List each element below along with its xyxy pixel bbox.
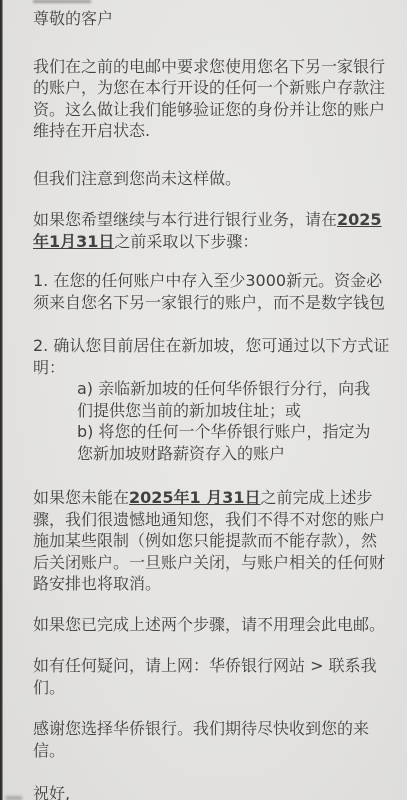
- para-ignore-if-done: 如果您已完成上述两个步骤，请不用理会此电邮。: [33, 614, 391, 636]
- para-not-done: 但我们注意到您尚未这样做。: [33, 168, 391, 190]
- step-2-options: a) 亲临新加坡的任何华侨银行分行，向我们提供您当前的新加坡住址；或 b) 将您…: [77, 378, 373, 464]
- signoff: 祝好,: [33, 783, 391, 800]
- cropped-text-artifact-bottom: [6, 796, 22, 800]
- greeting: 尊敬的客户: [33, 8, 391, 30]
- letter-body: 尊敬的客户 我们在之前的电邮中要求您使用您名下另一家银行的账户，为您在本行开设的…: [33, 8, 391, 800]
- left-edge-shadow: [0, 0, 3, 800]
- deadline-text-after: 之前采取以下步骤：: [114, 232, 258, 251]
- step-1-deposit: 1. 在您的任何账户中存入至少3000新元。资金必须来自您名下另一家银行的账户，…: [33, 270, 391, 313]
- step-2-option-a: a) 亲临新加坡的任何华侨银行分行，向我们提供您当前的新加坡住址；或: [77, 378, 373, 421]
- letter-photo: 尊敬的客户 我们在之前的电邮中要求您使用您名下另一家银行的账户，为您在本行开设的…: [0, 0, 407, 800]
- step-2-residence: 2. 确认您目前居住在新加坡，您可通过以下方式证明：: [33, 335, 391, 378]
- consequence-date: 2025年1 月31日: [129, 488, 261, 507]
- deadline-text-before: 如果您希望继续与本行进行银行业务，请在: [33, 210, 337, 229]
- para-thanks: 感谢您选择华侨银行。我们期待尽快收到您的来信。: [33, 718, 391, 761]
- step-2-option-b: b) 将您的任何一个华侨银行账户，指定为您新加坡财路薪资存入的账户: [77, 421, 373, 464]
- para-questions-contact: 如有任何疑问，请上网：华侨银行网站 > 联系我们。: [33, 655, 391, 698]
- para-consequence: 如果您未能在2025年1 月31日之前完成上述步骤，我们很遗憾地通知您，我们不得…: [33, 487, 391, 595]
- para-previous-request: 我们在之前的电邮中要求您使用您名下另一家银行的账户，为您在本行开设的任何一个新账…: [33, 56, 391, 142]
- cropped-text-artifact-top: [33, 0, 91, 3]
- consequence-text-before: 如果您未能在: [33, 488, 129, 507]
- para-deadline-steps: 如果您希望继续与本行进行银行业务，请在2025年1月31日之前采取以下步骤：: [33, 209, 391, 252]
